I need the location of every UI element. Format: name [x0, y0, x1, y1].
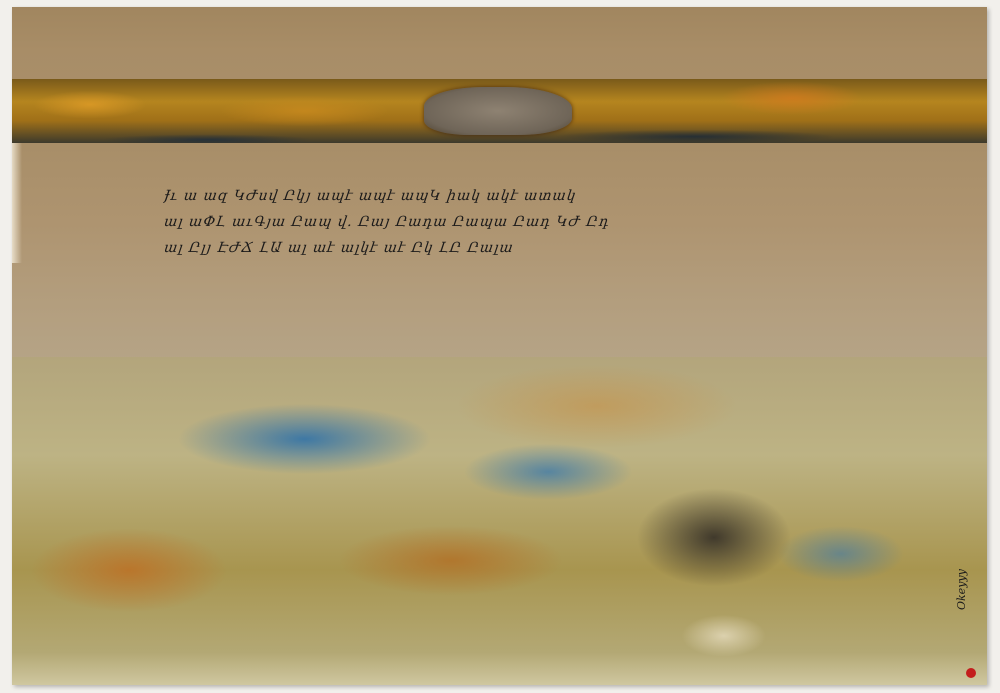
script-line: ալ Ըլյ ԷԺՃ ԼԱ ալ աէ ալկէ աէ Ըկ ԼԸ Ըալա [162, 235, 826, 261]
top-tan-band [12, 7, 987, 79]
abstract-landscape [12, 357, 987, 685]
red-seal-dot [966, 668, 976, 678]
script-line: Ɉւ ա ազ ԿԺսվ Ըկյ ապէ ապէ ապԿ իակ ակէ ատա… [162, 183, 826, 209]
handwritten-script: Ɉւ ա ազ ԿԺսվ Ըկյ ապէ ապէ ապԿ իակ ակէ ատա… [164, 183, 824, 261]
bark-fragment [424, 87, 572, 135]
artist-signature: Okeyyy [955, 569, 968, 610]
artwork-painting: Ɉւ ա ազ ԿԺսվ Ըկյ ապէ ապէ ապԿ իակ ակէ ատա… [12, 7, 987, 685]
glossy-edge-highlight [12, 143, 22, 263]
rust-cracked-strip [12, 79, 987, 143]
script-line: ալ աՓԼ աւԳյա Ըապ վ. Ըայ Ըադա Ըապա Ըադ ԿԺ… [162, 209, 826, 235]
